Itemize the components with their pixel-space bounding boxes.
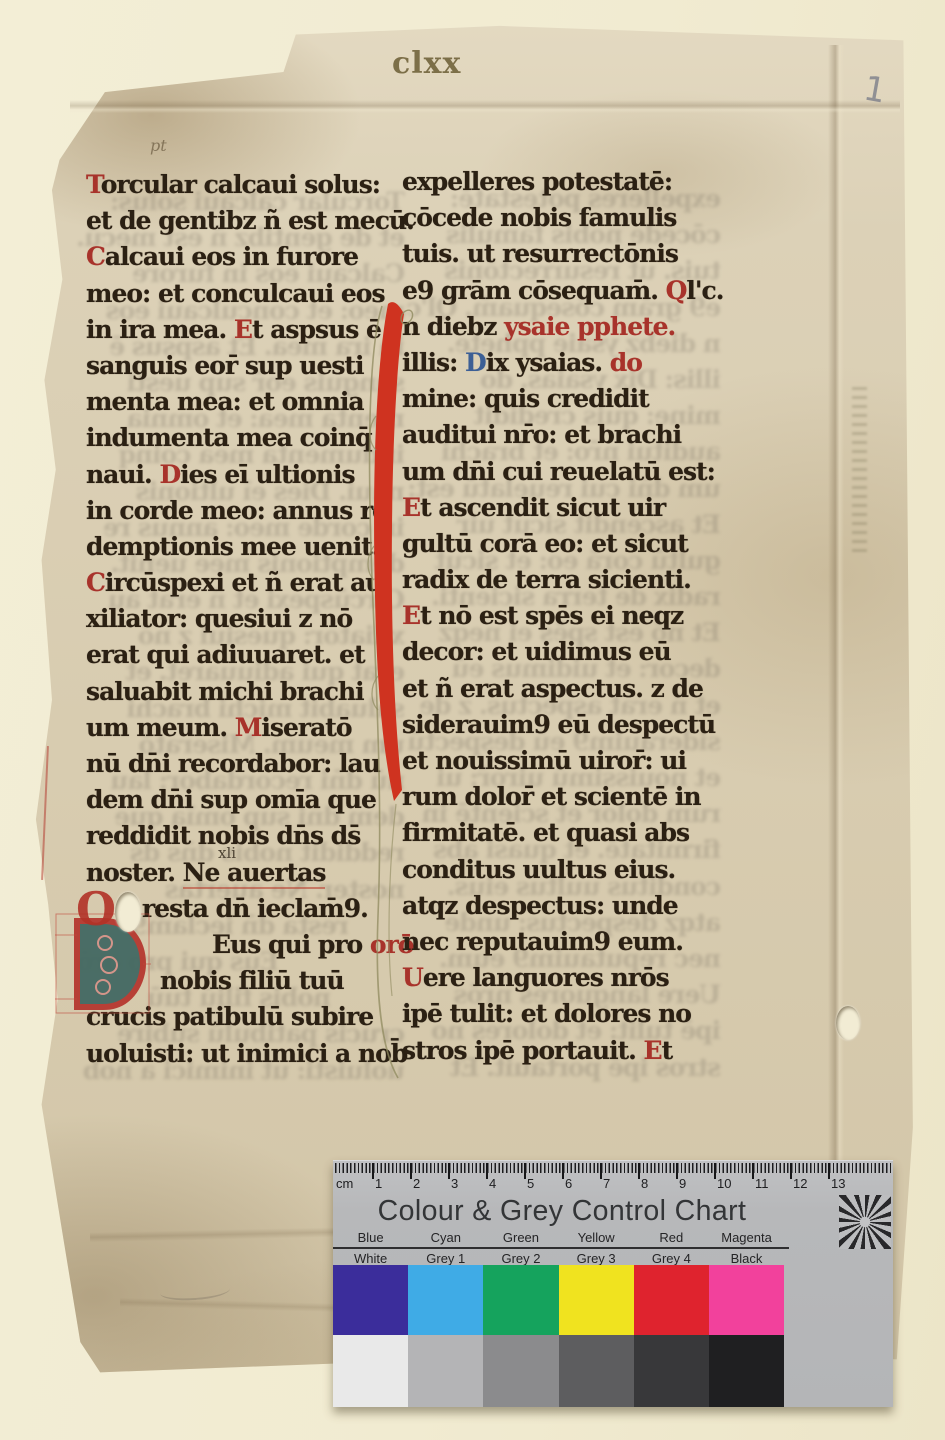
ruler-number: 10 bbox=[717, 1176, 731, 1191]
text-segment: saluabit michi brachi bbox=[86, 677, 364, 706]
text-segment: sanguis eor̄ sup uesti bbox=[86, 351, 363, 380]
ruler-cm-tick bbox=[562, 1163, 564, 1179]
manuscript-line: et ñ erat aspectus. z de bbox=[402, 674, 717, 710]
chart-title: Colour & Grey Control Chart bbox=[333, 1195, 791, 1228]
manuscript-line: ipē tulit: et dolores no bbox=[402, 999, 717, 1035]
ruler-number: 4 bbox=[489, 1176, 496, 1191]
color-label-row: BlueCyanGreenYellowRedMagenta bbox=[333, 1230, 784, 1245]
red-initial-o: O bbox=[76, 882, 116, 936]
label-divider-line bbox=[333, 1247, 789, 1249]
text-segment: menta mea: et omnia bbox=[86, 387, 364, 416]
manuscript-line: Torcular calcaui solus: bbox=[86, 170, 401, 206]
grey-label-row: WhiteGrey 1Grey 2Grey 3Grey 4Black bbox=[333, 1251, 784, 1266]
text-segment: in corde meo: annus re bbox=[86, 496, 387, 525]
grey-label: Grey 3 bbox=[559, 1251, 634, 1266]
text-segment: stros ipē portauit. bbox=[402, 1036, 644, 1065]
manuscript-line: et de gentibz ñ est mecū. bbox=[86, 206, 401, 242]
ruler-cm-tick bbox=[448, 1163, 450, 1179]
ruler-unit-label: cm bbox=[336, 1176, 353, 1191]
text-segment: C bbox=[86, 568, 105, 597]
grey-swatch bbox=[634, 1335, 709, 1407]
color-label: Magenta bbox=[709, 1230, 784, 1245]
text-segment: e9 grām cōsequam̄. bbox=[402, 276, 666, 305]
text-segment: gultū corā eo: et sicut bbox=[402, 529, 688, 558]
color-label: Cyan bbox=[408, 1230, 483, 1245]
ruler-number: 1 bbox=[375, 1176, 382, 1191]
text-segment: dem dn̄i sup omīa que bbox=[86, 785, 376, 814]
manuscript-line: Et ascendit sicut uir bbox=[402, 493, 717, 529]
color-swatch bbox=[408, 1265, 483, 1335]
photograph-background: clxx 1 pt xli Torcular calcaui solus:et … bbox=[0, 0, 945, 1440]
text-segment: um meum. bbox=[86, 713, 235, 742]
manuscript-line: siderauim9 eū despectū bbox=[402, 710, 717, 746]
grey-label: Grey 1 bbox=[408, 1251, 483, 1266]
manuscript-line: atqz despectus: unde bbox=[402, 891, 717, 927]
text-segment: t bbox=[662, 1036, 673, 1065]
manuscript-line: firmitatē. et quasi abs bbox=[402, 818, 717, 854]
text-segment: alcaui eos in furore bbox=[105, 242, 358, 271]
color-label: Green bbox=[483, 1230, 558, 1245]
grey-label: Grey 4 bbox=[634, 1251, 709, 1266]
ruler-number: 6 bbox=[565, 1176, 572, 1191]
text-segment: D bbox=[159, 460, 180, 489]
ruler-cm-tick bbox=[790, 1163, 792, 1179]
ruler-cm-tick bbox=[410, 1163, 412, 1179]
manuscript-line: Calcaui eos in furore bbox=[86, 242, 401, 278]
manuscript-line: tuis. ut resurrectōnis bbox=[402, 239, 717, 275]
text-segment: ysaie pphete. bbox=[504, 312, 675, 341]
grey-label: White bbox=[333, 1251, 408, 1266]
text-segment: orcular calcaui solus: bbox=[101, 170, 380, 199]
ruler-cm-tick bbox=[600, 1163, 602, 1179]
ruler-number: 9 bbox=[679, 1176, 686, 1191]
manuscript-line: et nouissimū uiror̄: ui bbox=[402, 746, 717, 782]
text-segment: meo: et conculcaui eos bbox=[86, 279, 385, 308]
color-label: Red bbox=[634, 1230, 709, 1245]
text-segment: t nō est spēs ei neqz bbox=[420, 601, 683, 630]
ruler-number: 13 bbox=[831, 1176, 845, 1191]
text-segment: Q bbox=[666, 276, 687, 305]
text-segment: siderauim9 eū despectū bbox=[402, 710, 715, 739]
text-segment: firmitatē. et quasi abs bbox=[402, 818, 689, 847]
text-segment: radix de terra sicienti. bbox=[402, 565, 691, 594]
ruler-number: 7 bbox=[603, 1176, 610, 1191]
manuscript-line: nec reputauim9 eum. bbox=[402, 927, 717, 963]
chart-ruler: cm12345678910111213 bbox=[335, 1163, 891, 1195]
manuscript-line: Et nō est spēs ei neqz bbox=[402, 601, 717, 637]
manuscript-line: expelleres potestatē: bbox=[402, 167, 717, 203]
ruler-mm-ticks bbox=[335, 1163, 891, 1173]
ruler-number: 12 bbox=[793, 1176, 807, 1191]
text-segment: T bbox=[86, 170, 101, 199]
text-segment: ipē tulit: et dolores no bbox=[402, 999, 691, 1028]
ruler-number: 8 bbox=[641, 1176, 648, 1191]
ruler-cm-tick bbox=[752, 1163, 754, 1179]
text-segment: conditus uultus eius. bbox=[402, 855, 675, 884]
red-initial-i-penwork bbox=[352, 296, 418, 1086]
text-segment: rum dolor̄ et scientē in bbox=[402, 782, 701, 811]
ruler-cm-tick bbox=[486, 1163, 488, 1179]
manuscript-line: mine: quis credidit bbox=[402, 384, 717, 420]
color-swatch-row bbox=[333, 1265, 784, 1335]
grey-swatch bbox=[483, 1335, 558, 1407]
text-segment: expelleres potestatē: bbox=[402, 167, 672, 196]
ruler-number: 11 bbox=[755, 1176, 769, 1191]
manuscript-line: illis: Dix ysaias. do bbox=[402, 348, 717, 384]
ruler-cm-tick bbox=[714, 1163, 716, 1179]
parchment-hole bbox=[115, 892, 141, 932]
manuscript-line: um dn̄i cui reuelatū est: bbox=[402, 457, 717, 493]
text-segment: nū dn̄i recordabor: lau bbox=[86, 749, 380, 778]
manuscript-line: rum dolor̄ et scientē in bbox=[402, 782, 717, 818]
ruler-number: 3 bbox=[451, 1176, 458, 1191]
folio-number-header: clxx bbox=[392, 46, 461, 81]
parchment-hole bbox=[836, 1006, 860, 1040]
manuscript-column-right: expelleres potestatē:cōcede nobis famuli… bbox=[402, 167, 717, 1072]
text-segment: reddidit nobis dn̄s ds̄ bbox=[86, 821, 360, 850]
color-swatch bbox=[333, 1265, 408, 1335]
manuscript-line: cōcede nobis famulis bbox=[402, 203, 717, 239]
siemens-star-icon bbox=[839, 1195, 891, 1249]
manuscript-line: e9 grām cōsequam̄. Ql'c. bbox=[402, 276, 717, 312]
manuscript-line: auditui nr̄o: et brachi bbox=[402, 420, 717, 456]
text-segment: et nouissimū uiror̄: ui bbox=[402, 746, 686, 775]
ruler-number: 2 bbox=[413, 1176, 420, 1191]
ruler-number: 5 bbox=[527, 1176, 534, 1191]
grey-swatch-row bbox=[333, 1335, 784, 1407]
colour-grey-control-chart: cm12345678910111213 Colour & Grey Contro… bbox=[333, 1160, 893, 1407]
text-segment: E bbox=[234, 315, 252, 344]
color-swatch bbox=[483, 1265, 558, 1335]
grey-swatch bbox=[709, 1335, 784, 1407]
color-swatch bbox=[559, 1265, 634, 1335]
text-segment: l'c. bbox=[686, 276, 723, 305]
text-segment: cōcede nobis famulis bbox=[402, 203, 676, 232]
text-segment: nec reputauim9 eum. bbox=[402, 927, 683, 956]
manuscript-line: decor: et uidimus eū bbox=[402, 637, 717, 673]
grey-label: Grey 2 bbox=[483, 1251, 558, 1266]
ruler-cm-tick bbox=[524, 1163, 526, 1179]
text-segment: decor: et uidimus eū bbox=[402, 637, 671, 666]
manuscript-line: conditus uultus eius. bbox=[402, 855, 717, 891]
text-segment: Eus qui pro bbox=[212, 930, 370, 959]
grey-swatch bbox=[559, 1335, 634, 1407]
text-segment: Ne auertas bbox=[183, 858, 326, 889]
text-segment: um dn̄i cui reuelatū est: bbox=[402, 457, 715, 486]
text-segment: naui. bbox=[86, 460, 159, 489]
margin-stamp bbox=[852, 382, 867, 552]
corner-note: pt bbox=[150, 136, 167, 155]
text-segment: atqz despectus: unde bbox=[402, 891, 678, 920]
color-swatch bbox=[709, 1265, 784, 1335]
manuscript-line: radix de terra sicienti. bbox=[402, 565, 717, 601]
text-segment: E bbox=[644, 1036, 662, 1065]
text-segment: ix ysaias. bbox=[486, 348, 610, 377]
text-segment: demptionis mee uenit. bbox=[86, 532, 379, 561]
text-segment: et ñ erat aspectus. z de bbox=[402, 674, 703, 703]
manuscript-line: gultū corā eo: et sicut bbox=[402, 529, 717, 565]
text-segment: ere languores nrōs bbox=[423, 963, 669, 992]
color-label: Yellow bbox=[559, 1230, 634, 1245]
text-segment: indumenta mea coinq̄ bbox=[86, 423, 372, 452]
manuscript-line: stros ipē portauit. Et bbox=[402, 1036, 717, 1072]
text-segment: resta dn̄ ieclam̄9. bbox=[142, 894, 368, 923]
text-segment: erat qui adiuuaret. et bbox=[86, 640, 365, 669]
text-segment: C bbox=[86, 242, 105, 271]
text-segment: mine: quis credidit bbox=[402, 384, 649, 413]
text-segment: D bbox=[465, 348, 486, 377]
text-segment: et de gentibz ñ est mecū. bbox=[86, 206, 414, 235]
grey-swatch bbox=[408, 1335, 483, 1407]
text-segment: nobis filiū tuū bbox=[160, 966, 344, 995]
text-segment: ies eī ultionis bbox=[180, 460, 354, 489]
ruler-cm-tick bbox=[828, 1163, 830, 1179]
text-segment: ircūspexi et ñ erat au bbox=[105, 568, 383, 597]
ruler-cm-tick bbox=[676, 1163, 678, 1179]
text-segment: in ira mea. bbox=[86, 315, 234, 344]
manuscript-line: Uere languores nrōs bbox=[402, 963, 717, 999]
grey-label: Black bbox=[709, 1251, 784, 1266]
text-segment: t ascendit sicut uir bbox=[420, 493, 665, 522]
text-segment: do bbox=[610, 348, 642, 377]
text-segment: iseratō bbox=[261, 713, 351, 742]
manuscript-line: n diebz ysaie pphete. bbox=[402, 312, 717, 348]
grey-swatch bbox=[333, 1335, 408, 1407]
text-segment: auditui nr̄o: et brachi bbox=[402, 420, 681, 449]
text-segment: tuis. ut resurrectōnis bbox=[402, 239, 678, 268]
text-segment: M bbox=[235, 713, 262, 742]
color-swatch bbox=[634, 1265, 709, 1335]
ruler-cm-tick bbox=[638, 1163, 640, 1179]
color-label: Blue bbox=[333, 1230, 408, 1245]
text-segment: xiliator: quesiui z nō bbox=[86, 604, 352, 633]
ruler-cm-tick bbox=[372, 1163, 374, 1179]
